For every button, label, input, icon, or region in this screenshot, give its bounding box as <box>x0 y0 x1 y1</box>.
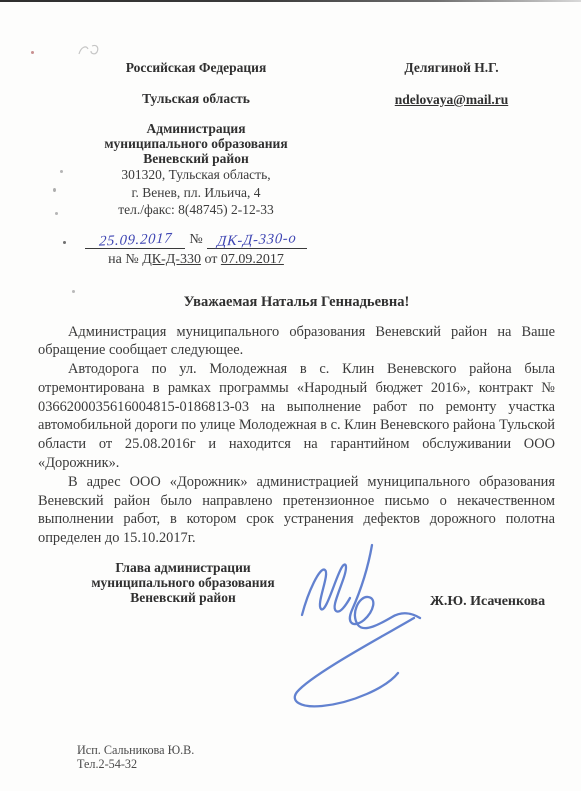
executor-phone: Тел.2-54-32 <box>77 758 194 772</box>
org-name-line: муниципального образования <box>36 136 356 151</box>
number-sign: № <box>189 232 202 247</box>
signer-title-line: Веневский район <box>52 590 314 605</box>
scan-artifact-top-line <box>0 0 581 2</box>
scan-speck <box>60 170 63 173</box>
recipient-column: Делягиной Н.Г. ndelovaya@mail.ru <box>356 60 581 219</box>
incoming-number: ДК-Д-330 <box>142 252 201 267</box>
scan-speck <box>55 212 58 215</box>
letterhead-org-column: Российская Федерация Тульская область Ад… <box>36 60 356 219</box>
reply-from-label: от <box>204 252 217 267</box>
scan-speck <box>72 290 75 293</box>
salutation: Уважаемая Наталья Геннадьевна! <box>38 294 555 311</box>
signature <box>280 540 440 715</box>
paragraph: В адрес ООО «Дорожник» администрацией му… <box>38 473 555 548</box>
recipient-email: ndelovaya@mail.ru <box>395 92 508 108</box>
letter-body: Администрация муниципального образования… <box>38 323 555 549</box>
paragraph: Администрация муниципального образования… <box>38 323 555 361</box>
handwritten-date: 25.09.2017 <box>98 230 172 250</box>
org-name-line: Веневский район <box>36 151 356 166</box>
org-address-line: 301320, Тульская область, <box>36 166 356 184</box>
scan-speck <box>31 51 34 54</box>
handwritten-number: ДК-Д-330-о <box>216 230 297 251</box>
executor-name: Исп. Сальникова Ю.В. <box>77 744 194 758</box>
org-address-line: г. Венев, пл. Ильича, 4 <box>36 184 356 202</box>
executor-footer: Исп. Сальникова Ю.В. Тел.2-54-32 <box>77 744 194 771</box>
outgoing-number-field: ДК-Д-330-о <box>207 231 307 249</box>
reference-block: 25.09.2017№ДК-Д-330-о на № ДК-Д-330 от 0… <box>36 231 356 268</box>
letterhead: Российская Федерация Тульская область Ад… <box>0 0 581 219</box>
pencil-mark <box>76 42 102 58</box>
outgoing-date-field: 25.09.2017 <box>85 231 185 249</box>
incoming-ref-line: на № ДК-Д-330 от 07.09.2017 <box>36 252 356 268</box>
region-line: Тульская область <box>36 91 356 106</box>
scanned-letter-page: Российская Федерация Тульская область Ад… <box>0 0 581 791</box>
signer-title-line: Глава администрации <box>52 560 314 575</box>
paragraph: Автодорога по ул. Молодежная в с. Клин В… <box>38 360 555 473</box>
signer-title-line: муниципального образования <box>52 575 314 590</box>
country-line: Российская Федерация <box>36 60 356 75</box>
signer-name: Ж.Ю. Исаченкова <box>430 594 545 610</box>
org-name-line: Администрация <box>36 121 356 136</box>
reply-prefix: на № <box>108 252 139 267</box>
incoming-date: 07.09.2017 <box>221 252 284 267</box>
signer-title: Глава администрации муниципального образ… <box>52 560 314 606</box>
recipient-name: Делягиной Н.Г. <box>356 60 547 75</box>
scan-speck <box>63 241 66 244</box>
outgoing-ref-line: 25.09.2017№ДК-Д-330-о <box>36 231 356 249</box>
scan-speck <box>53 188 56 192</box>
org-phone-line: тел./факс: 8(48745) 2-12-33 <box>36 201 356 219</box>
